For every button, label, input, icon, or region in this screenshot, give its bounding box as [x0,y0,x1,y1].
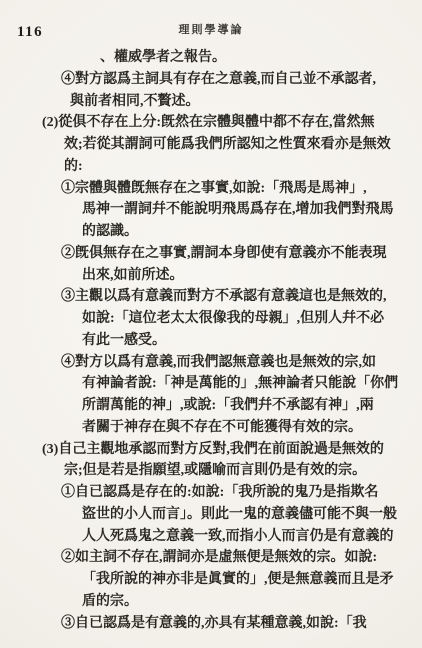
text-line: 盜世的小人而言」。則此一鬼的意義儘可能不與一般 [0,504,422,526]
page-text-block: 、權威學者之報告。 ④對方認爲主詞具有存在之意義,而自己並不承認者, 與前者相同… [0,47,422,634]
text-line: 的認識。 [0,221,422,243]
text-line: ④對方以爲有意義,而我們認無意義也是無效的宗,如 [0,352,422,374]
text-line: 馬神一謂詞幷不能說明飛馬爲存在,增加我們對飛馬 [0,199,422,221]
text-line: 有神論者說:「神是萬能的」,無神論者只能說「你們 [0,373,422,395]
text-line: 人人死爲鬼之意義一致,而指小人而言仍是有意義的 [0,526,422,548]
text-line: ②如主詞不存在,謂詞亦是虛無便是無效的宗。如說: [0,547,422,569]
text-line: 所謂萬能的神」,或說:「我們幷不承認有神」,兩 [0,395,422,417]
text-line: 盾的宗。 [0,591,422,613]
text-line: ③主觀以爲有意義而對方不承認有意義這也是無效的, [0,286,422,308]
text-line: 如說:「這位老太太很像我的母親」,但別人幷不必 [0,308,422,330]
text-line: 出來,如前所述。 [0,265,422,287]
scanned-book-page: 116 理則學導論 、權威學者之報告。 ④對方認爲主詞具有存在之意義,而自己並不… [0,0,422,648]
text-line: ④對方認爲主詞具有存在之意義,而自己並不承認者, [0,69,422,91]
text-line: 「我所說的神亦非是眞實的」,便是無意義而且是矛 [0,569,422,591]
text-line: 者關于神存在與不存在不可能獲得有效的宗。 [0,417,422,439]
text-line: 有此一感受。 [0,330,422,352]
text-line: 宗;但是若是指願望,或隱喻而言則仍是有效的宗。 [0,460,422,482]
text-line: ③自已認爲是有意義的,亦具有某種意義,如說:「我 [0,613,422,635]
text-line: (2)從俱不存在上分:旣然在宗體與體中都不存在,當然無 [0,112,422,134]
text-line: ①自已認爲是存在的:如說:「我所說的鬼乃是指欺名 [0,482,422,504]
text-line: 效;若從其謂詞可能爲我們所認知之性質來看亦是無效 [0,134,422,156]
running-header-title: 理則學導論 [0,21,422,37]
text-line: 的: [0,156,422,178]
text-line: 、權威學者之報告。 [0,47,422,69]
text-line: ②旣俱無存在之事實,謂詞本身卽使有意義亦不能表現 [0,243,422,265]
text-line: (3)自己主觀地承認而對方反對,我們在前面說過是無效的 [0,439,422,461]
text-line: ①宗體與體旣無存在之事實,如說:「飛馬是馬神」, [0,178,422,200]
text-line: 與前者相同,不贅述。 [0,91,422,113]
